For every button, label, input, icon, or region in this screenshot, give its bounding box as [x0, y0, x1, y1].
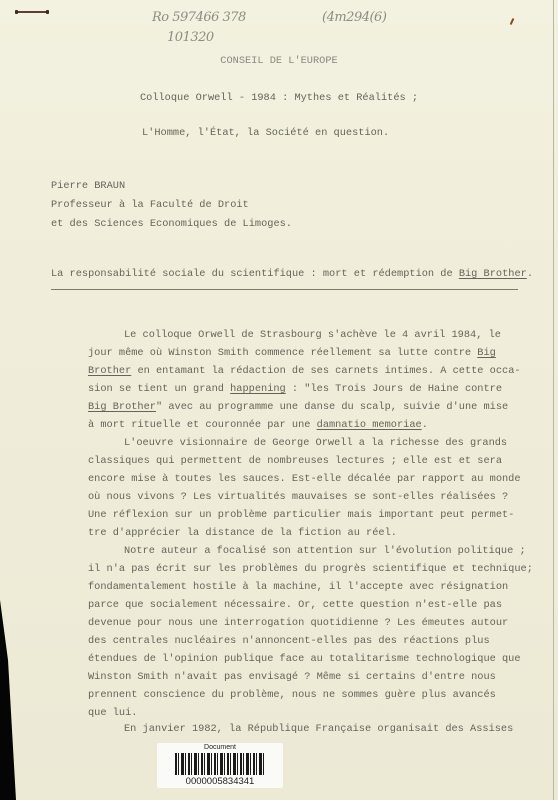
paper-title-emphasis: Big Brother — [459, 268, 527, 280]
paragraph-line: classiques qui permettent de nombreuses … — [88, 455, 502, 467]
paragraph-line: parce que socialement nécessaire. Or, ce… — [88, 599, 502, 611]
paragraph-line: L'oeuvre visionnaire de George Orwell a … — [124, 437, 507, 449]
staple-mark — [16, 11, 48, 13]
paragraph-line: fondamentalement hostile à la machine, i… — [88, 581, 508, 593]
paragraph-line: devenue pour nous une interrogation quot… — [88, 617, 508, 629]
paragraph-line: où nous vivons ? Les virtualités mauvais… — [88, 491, 508, 503]
title-underline-rule — [51, 289, 518, 290]
event-title: Colloque Orwell - 1984 : Mythes et Réali… — [0, 92, 558, 104]
paragraph-line: prennent conscience du problème, nous ne… — [88, 689, 496, 701]
handwritten-reference-1: Ro 597466 378 — [152, 10, 246, 25]
paper-title-prefix: La responsabilité sociale du scientifiqu… — [51, 268, 459, 280]
paragraph-line: En janvier 1982, la République Française… — [124, 723, 513, 735]
barcode-caption: Document — [157, 744, 283, 751]
paragraph-line: il n'a pas écrit sur les problèmes du pr… — [88, 563, 533, 575]
underlined-term: damnatio memoriae — [317, 419, 422, 431]
underlined-term: Big Brother — [88, 401, 156, 413]
handwritten-reference-2: 101320 — [167, 30, 214, 45]
barcode-icon — [175, 753, 265, 775]
underlined-term: Big — [477, 347, 496, 359]
underlined-term: Brother — [88, 365, 131, 377]
paragraph-line: jour même où Winston Smith commence réel… — [88, 347, 496, 359]
archive-barcode-label: Document 0000005834341 — [157, 743, 283, 788]
paragraph-line: encore mise à toutes les sauces. Est-ell… — [88, 473, 521, 485]
paragraph-line: Notre auteur a focalisé son attention su… — [124, 545, 526, 557]
barcode-number: 0000005834341 — [157, 776, 283, 787]
paragraph-line: des centrales nucléaires n'annoncent-ell… — [88, 635, 490, 647]
paragraph-line: Brother en entamant la rédaction de ses … — [88, 365, 521, 377]
paragraph-line: Big Brother" avec au programme une danse… — [88, 401, 508, 413]
underlined-term: happening — [230, 383, 286, 395]
event-subtitle: L'Homme, l'État, la Société en question. — [142, 127, 389, 139]
paper-title: La responsabilité sociale du scientifiqu… — [51, 268, 533, 280]
paragraph-line: étendues de l'opinion publique face au t… — [88, 653, 521, 665]
author-title-line-2: et des Sciences Economiques de Limoges. — [51, 218, 292, 230]
page-right-edge — [553, 0, 554, 800]
author-name: Pierre BRAUN — [51, 180, 125, 192]
paragraph-line: que lui. — [88, 707, 137, 719]
paragraph-line: Une réflexion sur un problème particulie… — [88, 509, 514, 521]
paragraph-line: à mort rituelle et couronnée par une dam… — [88, 419, 428, 431]
paragraph-line: Winston Smith n'avait pas envisagé ? Mêm… — [88, 671, 496, 683]
paper-title-suffix: . — [527, 268, 533, 280]
author-title-line-1: Professeur à la Faculté de Droit — [51, 199, 249, 211]
paragraph-line: sion se tient un grand happening : "les … — [88, 383, 502, 395]
handwritten-reference-3: (4m294(6) — [322, 10, 386, 25]
paragraph-line: tre d'apprécier la distance de la fictio… — [88, 527, 397, 539]
paragraph-line: Le colloque Orwell de Strasbourg s'achèv… — [124, 329, 501, 341]
organization-name: CONSEIL DE L'EUROPE — [0, 55, 558, 67]
